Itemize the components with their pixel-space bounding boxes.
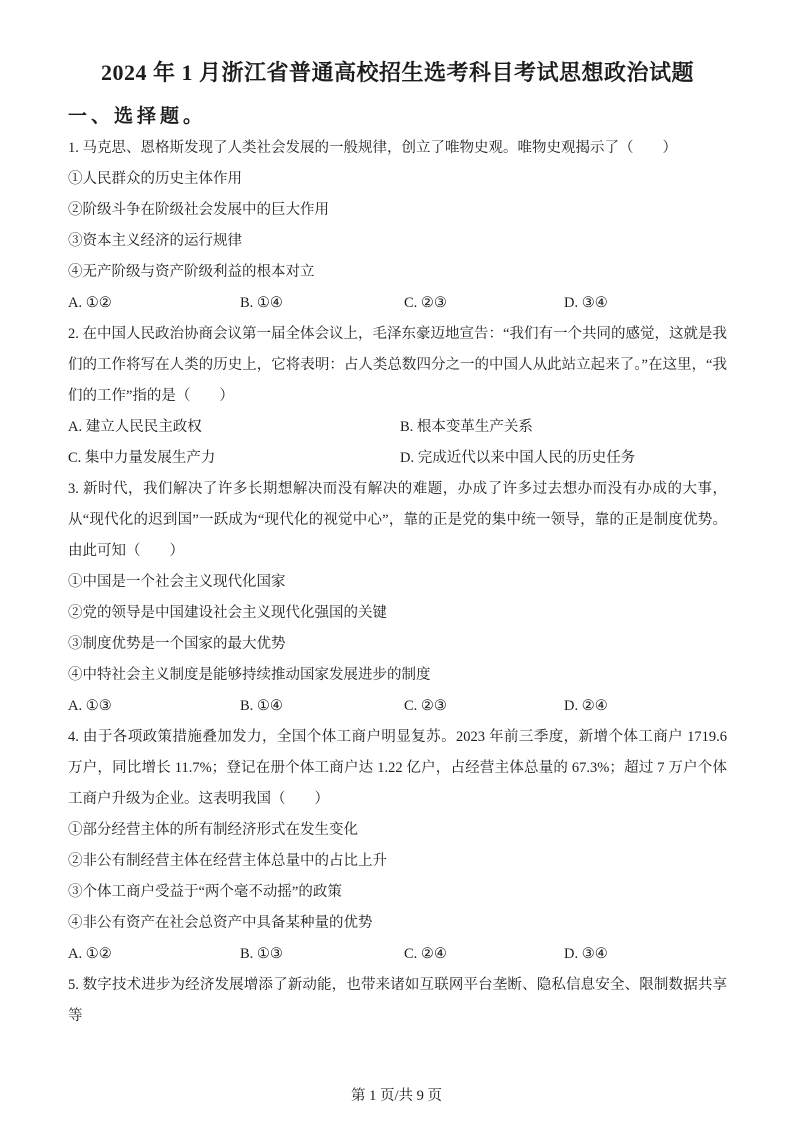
question-1-options: A. ①② B. ①④ C. ②③ D. ③④	[68, 288, 727, 319]
question-3-option-a: A. ①③	[68, 691, 240, 722]
page-title: 2024 年 1 月浙江省普通高校招生选考科目考试思想政治试题	[68, 0, 727, 89]
section-heading: 一、选择题。	[68, 102, 727, 131]
page-number: 第 1 页/共 9 页	[0, 1086, 793, 1106]
question-3-item-3: ③制度优势是一个国家的最大优势	[68, 629, 727, 660]
question-3-item-4: ④中特社会主义制度是能够持续推动国家发展进步的制度	[68, 660, 727, 691]
question-2-option-b: B. 根本变革生产关系	[400, 412, 727, 443]
question-4-options: A. ①② B. ①③ C. ②④ D. ③④	[68, 939, 727, 970]
question-1-item-1: ①人民群众的历史主体作用	[68, 164, 727, 195]
question-2-option-c: C. 集中力量发展生产力	[68, 443, 400, 474]
question-2-options: A. 建立人民民主政权 B. 根本变革生产关系 C. 集中力量发展生产力 D. …	[68, 412, 727, 474]
question-1: 1. 马克思、恩格斯发现了人类社会发展的一般规律，创立了唯物史观。唯物史观揭示了…	[68, 133, 727, 319]
question-2-option-a: A. 建立人民民主政权	[68, 412, 400, 443]
question-1-option-a: A. ①②	[68, 288, 240, 319]
question-3-stem: 3. 新时代，我们解决了许多长期想解决而没有解决的难题，办成了许多过去想办而没有…	[68, 474, 727, 567]
question-4-option-d: D. ③④	[564, 939, 727, 970]
question-1-option-c: C. ②③	[404, 288, 564, 319]
page-content: 2024 年 1 月浙江省普通高校招生选考科目考试思想政治试题 一、选择题。 1…	[68, 0, 727, 1032]
question-2-option-d: D. 完成近代以来中国人民的历史任务	[400, 443, 727, 474]
question-3: 3. 新时代，我们解决了许多长期想解决而没有解决的难题，办成了许多过去想办而没有…	[68, 474, 727, 722]
question-1-item-3: ③资本主义经济的运行规律	[68, 226, 727, 257]
question-4-item-2: ②非公有制经营主体在经营主体总量中的占比上升	[68, 846, 727, 877]
question-3-option-c: C. ②③	[404, 691, 564, 722]
question-5: 5. 数字技术进步为经济发展增添了新动能，也带来诸如互联网平台垄断、隐私信息安全…	[68, 970, 727, 1032]
question-3-item-1: ①中国是一个社会主义现代化国家	[68, 567, 727, 598]
question-4-option-a: A. ①②	[68, 939, 240, 970]
question-2-stem: 2. 在中国人民政治协商会议第一届全体会议上，毛泽东豪迈地宣告：“我们有一个共同…	[68, 319, 727, 412]
question-1-option-b: B. ①④	[240, 288, 404, 319]
question-4: 4. 由于各项政策措施叠加发力，全国个体工商户明显复苏。2023 年前三季度，新…	[68, 722, 727, 970]
question-4-option-c: C. ②④	[404, 939, 564, 970]
question-4-item-4: ④非公有资产在社会总资产中具备某种量的优势	[68, 908, 727, 939]
question-1-option-d: D. ③④	[564, 288, 727, 319]
question-1-item-2: ②阶级斗争在阶级社会发展中的巨大作用	[68, 195, 727, 226]
exam-page: 2024 年 1 月浙江省普通高校招生选考科目考试思想政治试题 一、选择题。 1…	[0, 0, 793, 1122]
question-1-stem: 1. 马克思、恩格斯发现了人类社会发展的一般规律，创立了唯物史观。唯物史观揭示了…	[68, 133, 727, 164]
question-3-option-d: D. ②④	[564, 691, 727, 722]
question-4-option-b: B. ①③	[240, 939, 404, 970]
question-5-stem: 5. 数字技术进步为经济发展增添了新动能，也带来诸如互联网平台垄断、隐私信息安全…	[68, 970, 727, 1032]
question-2: 2. 在中国人民政治协商会议第一届全体会议上，毛泽东豪迈地宣告：“我们有一个共同…	[68, 319, 727, 474]
question-4-stem: 4. 由于各项政策措施叠加发力，全国个体工商户明显复苏。2023 年前三季度，新…	[68, 722, 727, 815]
question-3-item-2: ②党的领导是中国建设社会主义现代化强国的关键	[68, 598, 727, 629]
question-1-item-4: ④无产阶级与资产阶级利益的根本对立	[68, 257, 727, 288]
question-4-item-3: ③个体工商户受益于“两个毫不动摇”的政策	[68, 877, 727, 908]
question-3-options: A. ①③ B. ①④ C. ②③ D. ②④	[68, 691, 727, 722]
question-4-item-1: ①部分经营主体的所有制经济形式在发生变化	[68, 815, 727, 846]
question-3-option-b: B. ①④	[240, 691, 404, 722]
